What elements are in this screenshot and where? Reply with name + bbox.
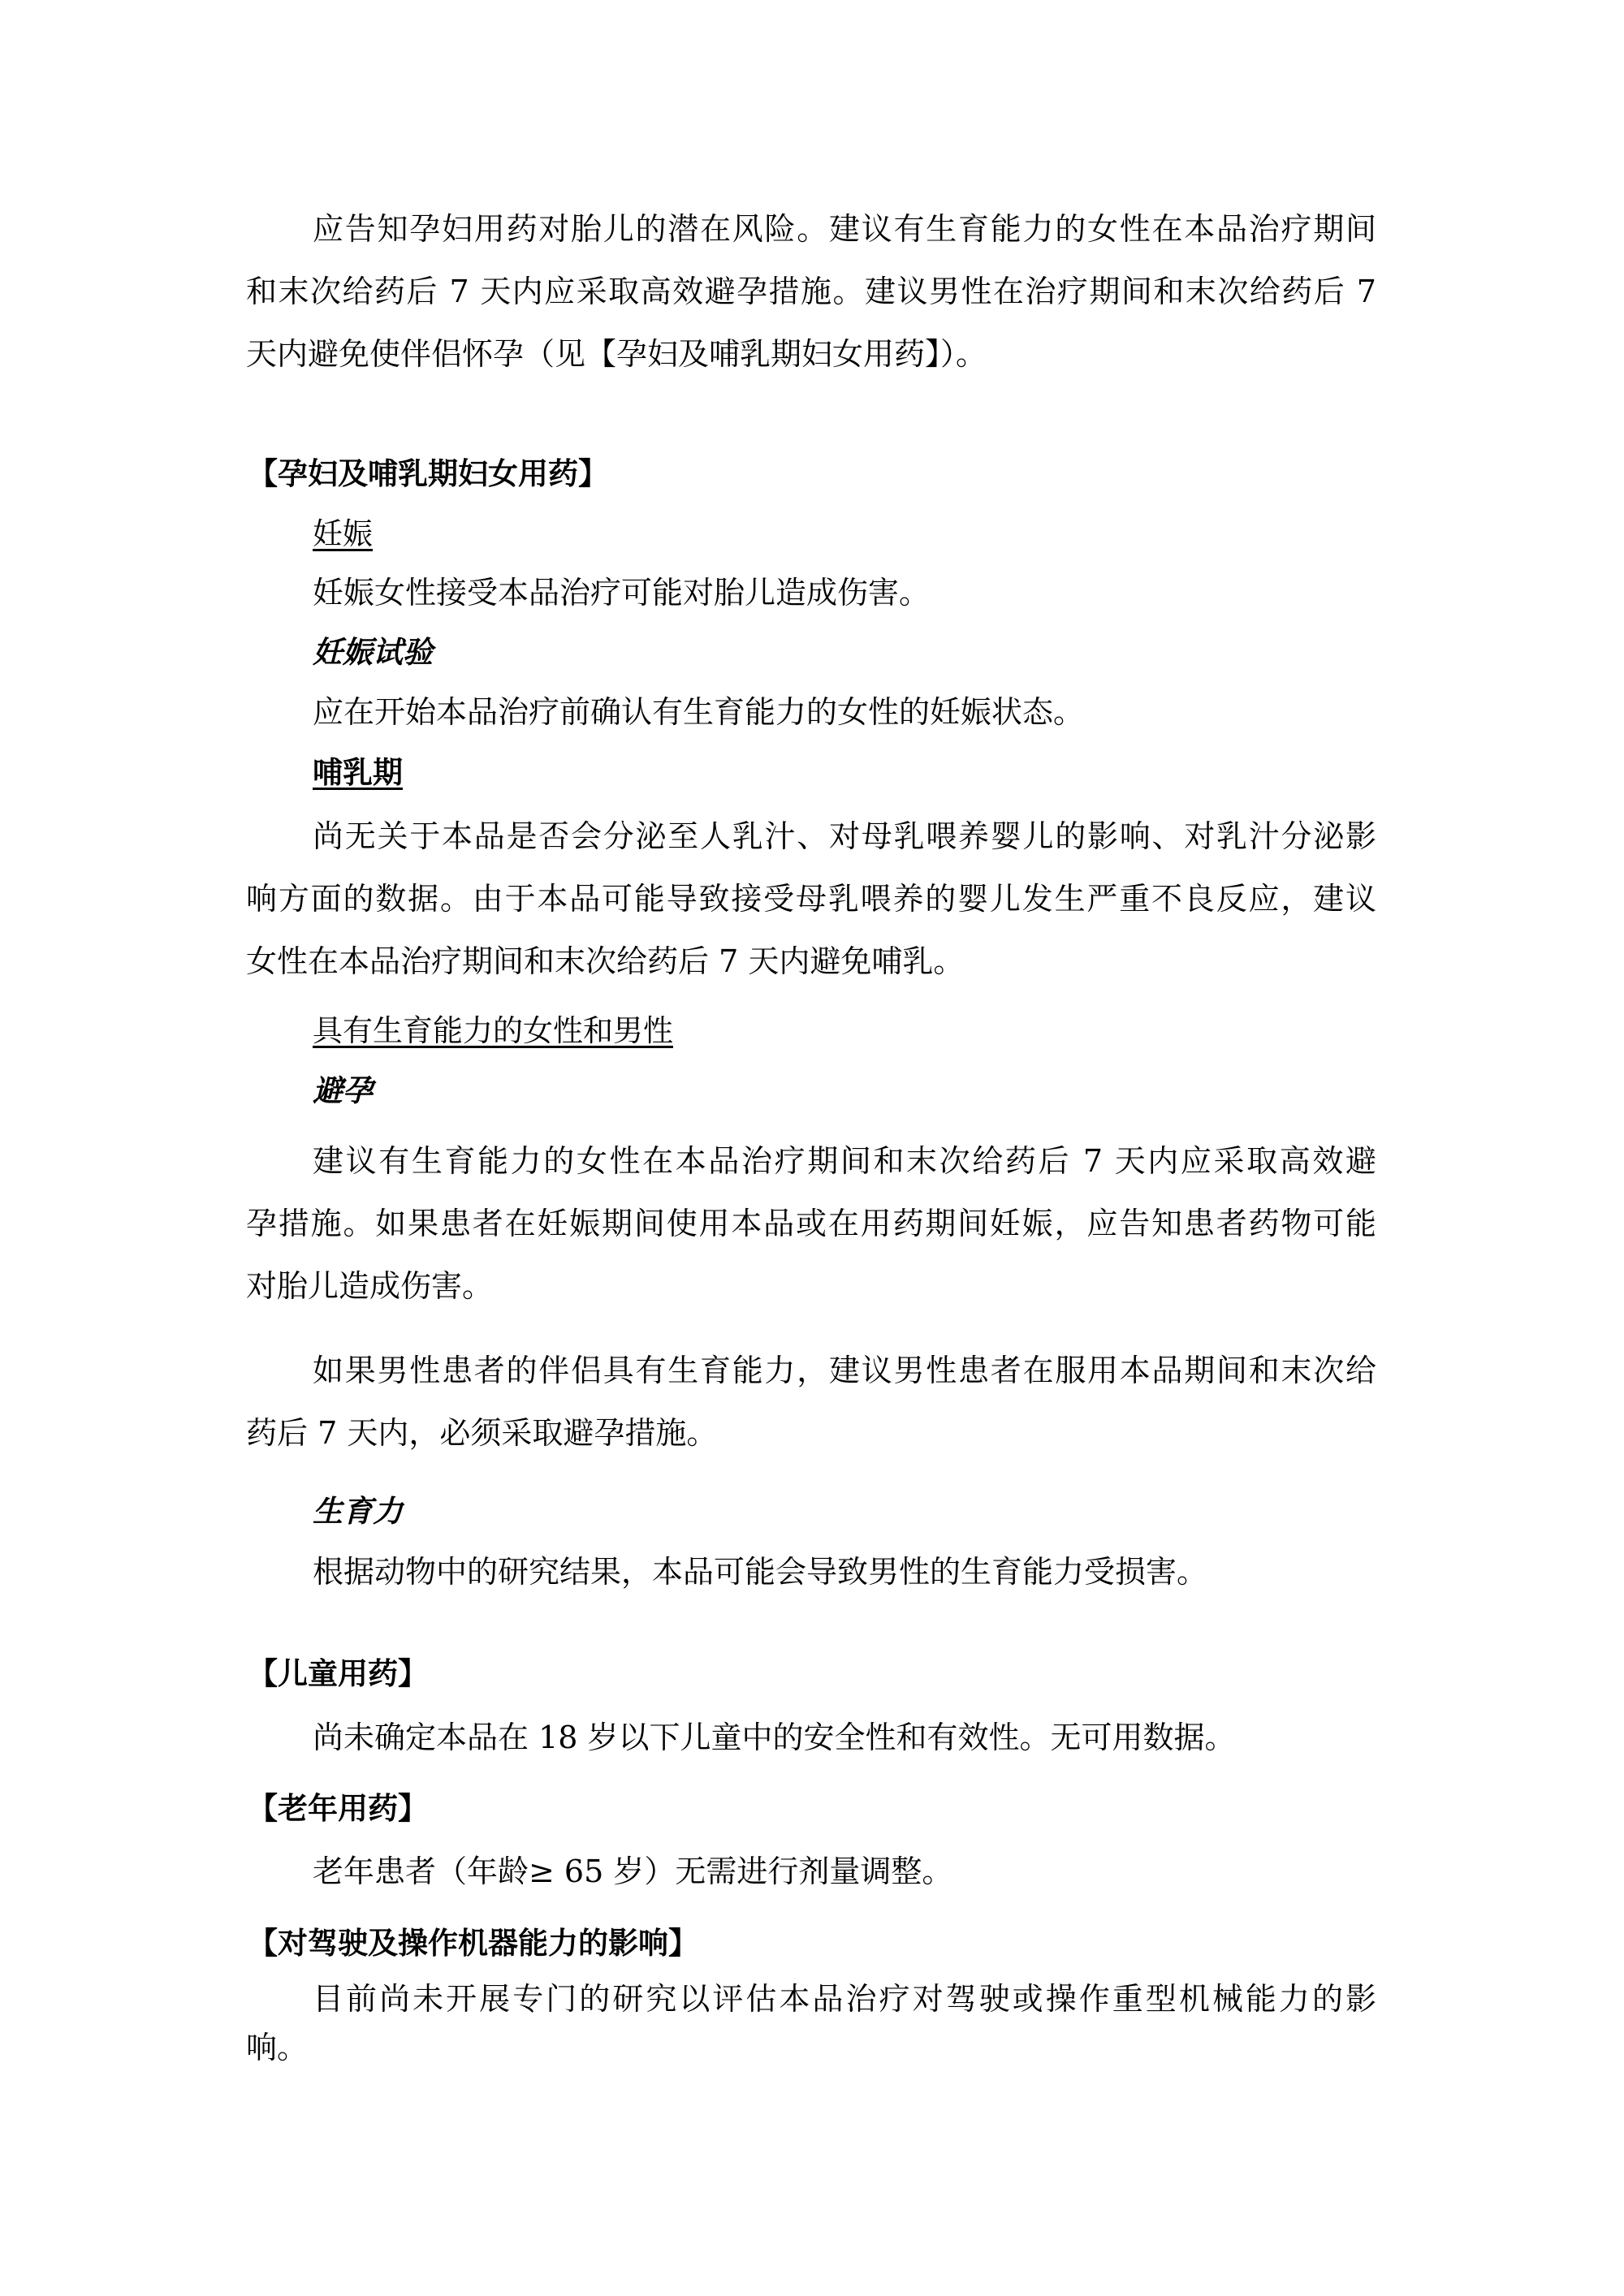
subheading-reproductive-potential: 具有生育能力的女性和男性 [313,1013,673,1049]
driving-line-1: 目前尚未开展专门的研究以评估本品治疗对驾驶或操作重型机械能力的影 [313,1981,1376,2017]
contraception-p1-line-3: 对胎儿造成伤害。 [246,1268,493,1304]
section-heading-pregnancy-lactation: 【孕妇及哺乳期妇女用药】 [248,456,608,492]
subheading-pregnancy-test: 妊娠试验 [313,635,433,671]
section-heading-driving: 【对驾驶及操作机器能力的影响】 [248,1926,698,1962]
fertility-text: 根据动物中的研究结果，本品可能会导致男性的生育能力受损害。 [313,1554,1207,1590]
pediatric-text: 尚未确定本品在 18 岁以下儿童中的安全性和有效性。无可用数据。 [313,1720,1236,1755]
section-heading-geriatric: 【老年用药】 [248,1791,428,1827]
subheading-pregnancy: 妊娠 [313,516,373,552]
lactation-line-1: 尚无关于本品是否会分泌至人乳汁、对母乳喂养婴儿的影响、对乳汁分泌影 [313,818,1376,854]
lactation-line-3: 女性在本品治疗期间和末次给药后 7 天内避免哺乳。 [246,943,964,979]
geriatric-text: 老年患者（年龄≥ 65 岁）无需进行剂量调整。 [313,1854,952,1889]
section-heading-pediatric: 【儿童用药】 [248,1656,428,1692]
subheading-fertility: 生育力 [313,1494,403,1530]
intro-line-2: 和末次给药后 7 天内应采取高效避孕措施。建议男性在治疗期间和末次给药后 7 [246,274,1376,309]
pregnancy-test-text: 应在开始本品治疗前确认有生育能力的女性的妊娠状态。 [313,694,1084,730]
contraception-p2-line-2: 药后 7 天内，必须采取避孕措施。 [246,1415,717,1451]
driving-line-2: 响。 [246,2030,308,2065]
contraception-p1-line-2: 孕措施。如果患者在妊娠期间使用本品或在用药期间妊娠，应告知患者药物可能 [246,1206,1376,1241]
intro-line-1: 应告知孕妇用药对胎儿的潜在风险。建议有生育能力的女性在本品治疗期间 [313,211,1376,247]
subheading-contraception: 避孕 [313,1073,373,1109]
pregnancy-text: 妊娠女性接受本品治疗可能对胎儿造成伤害。 [313,575,930,611]
subheading-lactation: 哺乳期 [313,755,403,791]
contraception-p1-line-1: 建议有生育能力的女性在本品治疗期间和末次给药后 7 天内应采取高效避 [313,1143,1376,1179]
document-page: 应告知孕妇用药对胎儿的潜在风险。建议有生育能力的女性在本品治疗期间 和末次给药后… [0,0,1624,2296]
contraception-p2-line-1: 如果男性患者的伴侣具有生育能力，建议男性患者在服用本品期间和末次给 [313,1353,1376,1388]
intro-line-3: 天内避免使伴侣怀孕（见【孕妇及哺乳期妇女用药】）。 [246,336,987,372]
lactation-line-2: 响方面的数据。由于本品可能导致接受母乳喂养的婴儿发生严重不良反应，建议 [246,881,1376,917]
